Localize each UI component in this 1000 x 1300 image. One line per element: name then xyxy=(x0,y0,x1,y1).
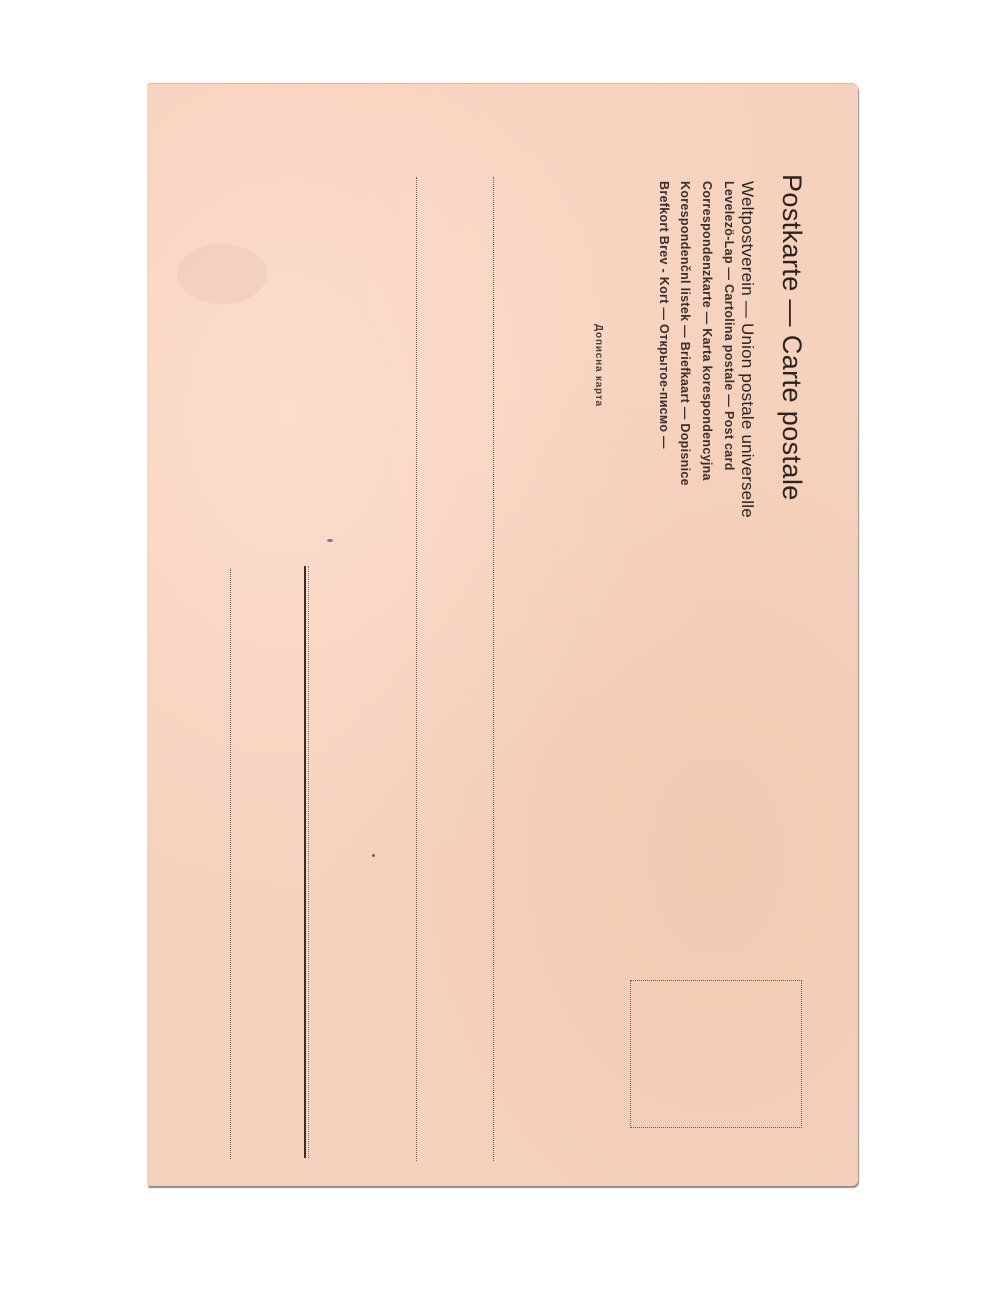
postcard-back: Postkarte — Carte postale Weltpostverein… xyxy=(147,83,858,1186)
upu-subtitle: Weltpostverein — Union postale universel… xyxy=(737,181,757,518)
language-line-4: Brefkort Brev - Kort — Открытое-писмо — xyxy=(657,181,671,449)
footer-line-serbian: Дописна карта xyxy=(593,324,604,407)
paper-stain xyxy=(177,244,267,304)
language-line-3: Korespondenčnl listek — Briefkaart — Dop… xyxy=(678,181,692,486)
language-line-1: Levelezö-Lap — Cartolina postale — Post … xyxy=(722,181,736,471)
language-line-2: Correspondenzkarte — Karta korespondency… xyxy=(700,181,714,481)
address-line-3-dots xyxy=(308,566,309,1158)
postcard-title: Postkarte — Carte postale xyxy=(776,174,807,501)
address-line-3 xyxy=(304,566,306,1158)
paper-stain xyxy=(372,854,375,857)
address-line-4 xyxy=(230,569,231,1159)
address-line-2 xyxy=(416,177,417,1161)
address-line-1 xyxy=(493,177,494,1161)
paper-stain xyxy=(327,539,333,542)
stamp-box xyxy=(630,980,802,1128)
